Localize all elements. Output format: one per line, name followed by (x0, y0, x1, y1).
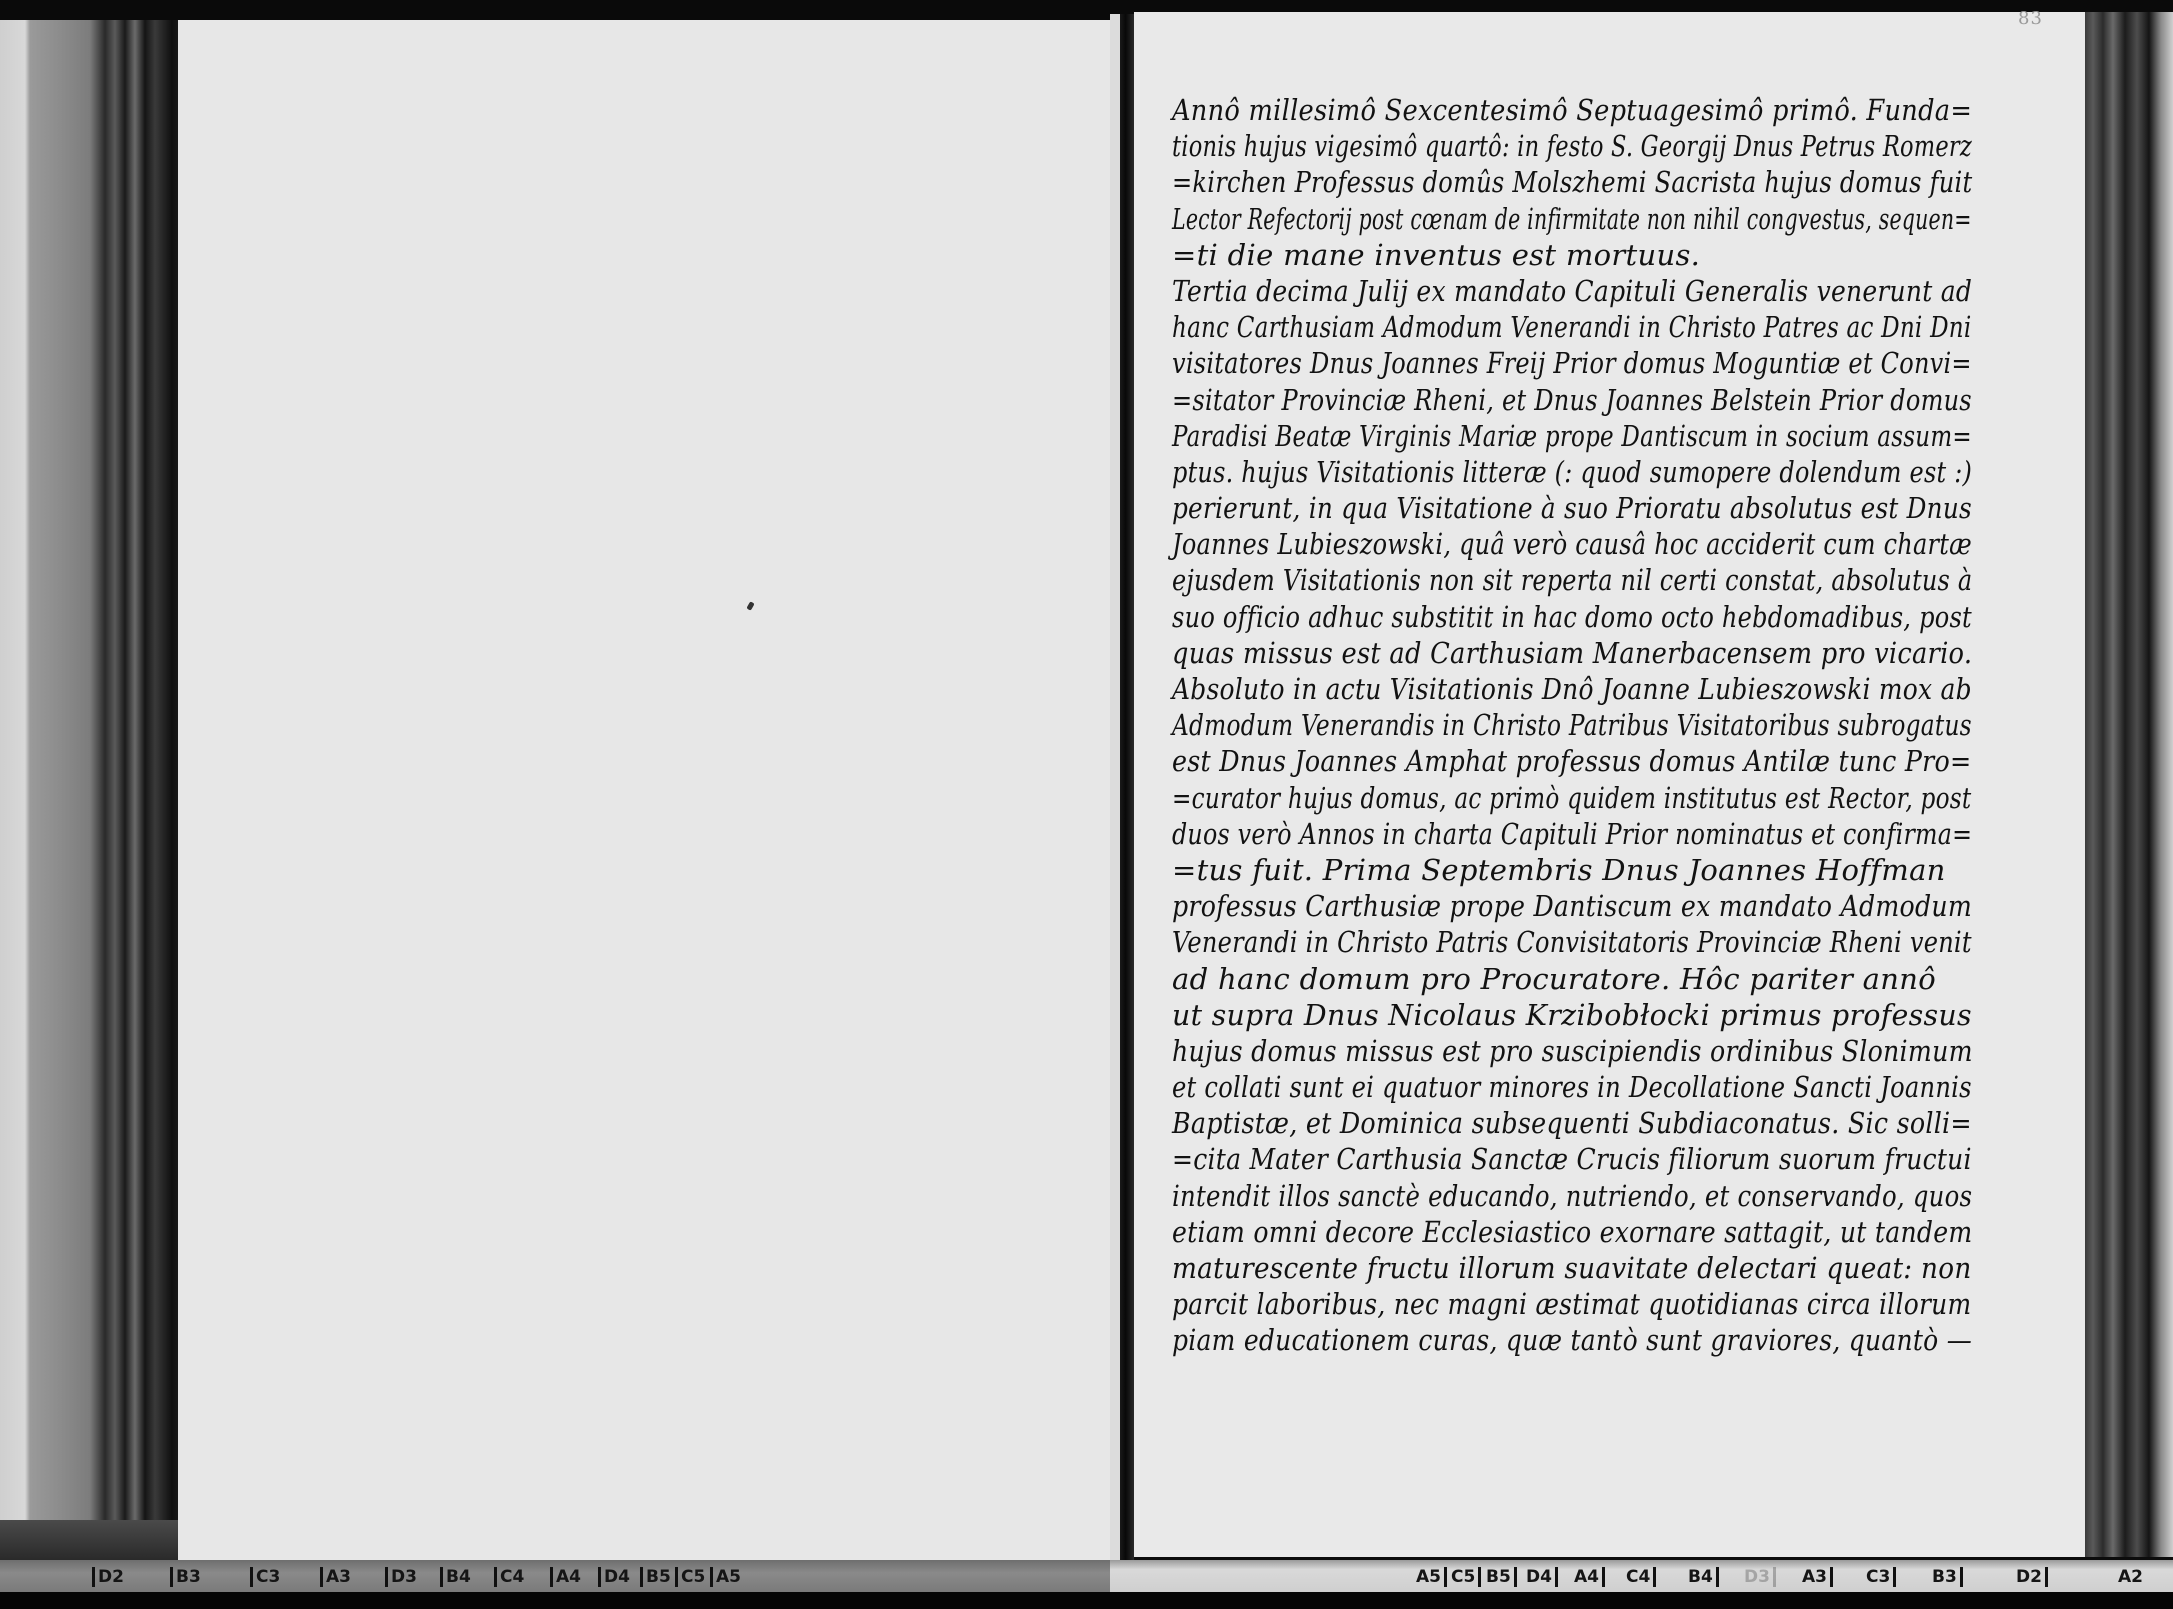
manuscript-text: Annô millesimô Sexcentesimô Septuagesimô… (1172, 92, 1972, 1359)
film-strip-label-text: B3 (1932, 1567, 1957, 1587)
film-strip-label-text: B3 (176, 1567, 201, 1587)
film-strip-tick (598, 1567, 601, 1587)
manuscript-line: perierunt, in qua Visitatione à suo Prio… (1172, 490, 1853, 526)
manuscript-line: hanc Carthusiam Admodum Venerandi in Chr… (1172, 309, 1807, 345)
right-book-edge (2085, 12, 2173, 1557)
manuscript-line: et collati sunt ei quatuor minores in De… (1172, 1069, 1838, 1105)
film-strip-label-text: C4 (500, 1567, 524, 1587)
manuscript-line: Admodum Venerandis in Christo Patribus V… (1172, 707, 1814, 743)
film-strip-label: A5 (1416, 1566, 1447, 1588)
film-strip-label: C3 (1866, 1566, 1896, 1588)
film-strip-label: C4 (1626, 1566, 1656, 1588)
film-strip-label-text: C3 (1866, 1567, 1890, 1587)
manuscript-line: =sitator Provinciæ Rheni, et Dnus Joanne… (1172, 382, 1834, 418)
film-strip-label-text: D3 (1744, 1567, 1770, 1587)
film-strip-label-text: B5 (1486, 1567, 1511, 1587)
manuscript-line: ptus. hujus Visitationis litteræ (: quod… (1172, 454, 1832, 490)
film-strip-tick (1773, 1567, 1776, 1587)
manuscript-line: Venerandi in Christo Patris Convisitator… (1172, 924, 1835, 960)
manuscript-line: Lector Refectorij post cœnam de infirmit… (1172, 201, 1738, 237)
film-strip-label-text: A3 (326, 1567, 351, 1587)
manuscript-line: piam educationem curas, quæ tantò sunt g… (1172, 1322, 1862, 1358)
manuscript-line: etiam omni decore Ecclesiastico exornare… (1172, 1214, 1865, 1250)
film-strip-label-text: A2 (2118, 1567, 2143, 1587)
film-strip-tick (92, 1567, 95, 1587)
film-strip-label: A2 (2118, 1566, 2143, 1588)
film-strip-tick (1602, 1567, 1605, 1587)
manuscript-line: ad hanc domum pro Procuratore. Hôc parit… (1172, 961, 1972, 997)
film-strip-tick (1555, 1567, 1558, 1587)
manuscript-line: quas missus est ad Carthusiam Manerbacen… (1172, 635, 1880, 671)
film-strip-label-text: C3 (256, 1567, 280, 1587)
film-strip-label: B5 (640, 1566, 671, 1588)
film-strip-tick (440, 1567, 443, 1587)
film-strip-tick (250, 1567, 253, 1587)
film-strip-tick (1893, 1567, 1896, 1587)
manuscript-line: parcit laboribus, nec magni æstimat quot… (1172, 1286, 1860, 1322)
film-strip-tick (1830, 1567, 1833, 1587)
manuscript-line: duos verò Annos in charta Capituli Prior… (1172, 816, 1826, 852)
film-strip-label-text: A5 (716, 1567, 741, 1587)
manuscript-line: Tertia decima Julij ex mandato Capituli … (1172, 273, 1861, 309)
manuscript-line: =ti die mane inventus est mortuus. (1172, 237, 1972, 273)
film-strip-label: D3 (1744, 1566, 1776, 1588)
film-strip-tick (320, 1567, 323, 1587)
manuscript-line: Joannes Lubieszowski, quâ verò causâ hoc… (1172, 526, 1834, 562)
manuscript-line: intendit illos sanctè educando, nutriend… (1172, 1178, 1843, 1214)
manuscript-line: ejusdem Visitationis non sit reperta nil… (1172, 562, 1831, 598)
film-strip-label: C3 (250, 1566, 280, 1588)
film-strip-tick (1960, 1567, 1963, 1587)
film-strip-label-text: D2 (2016, 1567, 2042, 1587)
manuscript-line: Annô millesimô Sexcentesimô Septuagesimô… (1172, 92, 1880, 128)
film-strip-tick (385, 1567, 388, 1587)
film-strip-label-text: C5 (1451, 1567, 1475, 1587)
film-strip-label: C5 (675, 1566, 705, 1588)
film-strip-tick (1716, 1567, 1719, 1587)
film-strip-label: D4 (1526, 1566, 1558, 1588)
film-strip-label: A3 (320, 1566, 351, 1588)
film-strip-tick (675, 1567, 678, 1587)
film-strip-label-text: B5 (646, 1567, 671, 1587)
manuscript-line: =tus fuit. Prima Septembris Dnus Joannes… (1172, 852, 1972, 888)
film-strip-label: D3 (385, 1566, 417, 1588)
manuscript-line: =curator hujus domus, ac primò quidem in… (1172, 780, 1810, 816)
book-gutter (1120, 14, 1134, 1569)
film-strip-label: D2 (2016, 1566, 2048, 1588)
manuscript-line: professus Carthusiæ prope Dantiscum ex m… (1172, 888, 1867, 924)
film-strip-label-text: A5 (1416, 1567, 1441, 1587)
film-strip-label: C4 (494, 1566, 524, 1588)
manuscript-line: hujus domus missus est pro suscipiendis … (1172, 1033, 1868, 1069)
film-strip-tick (494, 1567, 497, 1587)
gutter-margin (1110, 14, 1120, 1569)
film-strip-label-text: D3 (391, 1567, 417, 1587)
film-strip-label: A4 (550, 1566, 581, 1588)
film-strip-tick (640, 1567, 643, 1587)
film-strip-label: B3 (1932, 1566, 1963, 1588)
film-strip-label: B5 (1486, 1566, 1517, 1588)
microfilm-scan: 83 Annô millesimô Sexcentesimô Septuages… (0, 0, 2173, 1609)
manuscript-line: visitatores Dnus Joannes Freij Prior dom… (1172, 345, 1834, 381)
manuscript-line: Paradisi Beatæ Virginis Mariæ prope Dant… (1172, 418, 1806, 454)
film-strip-label-text: C5 (681, 1567, 705, 1587)
film-strip-label-text: D4 (604, 1567, 630, 1587)
film-strip-tick (2045, 1567, 2048, 1587)
manuscript-line: tionis hujus vigesimô quartô: in festo S… (1172, 128, 1793, 164)
film-strip-label: B3 (170, 1566, 201, 1588)
manuscript-line: est Dnus Joannes Amphat professus domus … (1172, 743, 1870, 779)
film-strip-label: D4 (598, 1566, 630, 1588)
film-strip-label-text: A3 (1802, 1567, 1827, 1587)
film-strip-tick (550, 1567, 553, 1587)
film-strip-label-text: B4 (446, 1567, 471, 1587)
film-strip-bottom-border (0, 1592, 2173, 1609)
manuscript-line: Absoluto in actu Visitationis Dnô Joanne… (1172, 671, 1859, 707)
manuscript-line: maturescente fructu illorum suavitate de… (1172, 1250, 1897, 1286)
film-strip-tick (1514, 1567, 1517, 1587)
film-strip-label: A3 (1802, 1566, 1833, 1588)
film-strip-label: A5 (710, 1566, 741, 1588)
film-strip-tick (1653, 1567, 1656, 1587)
film-strip-tick (1444, 1567, 1447, 1587)
left-book-edge (0, 20, 180, 1530)
film-strip-label-text: D2 (98, 1567, 124, 1587)
film-strip-label-text: B4 (1688, 1567, 1713, 1587)
film-strip-tick (1478, 1567, 1481, 1587)
film-strip-label-text: A4 (556, 1567, 581, 1587)
film-strip-label: B4 (1688, 1566, 1719, 1588)
film-strip-tick (170, 1567, 173, 1587)
manuscript-line: =kirchen Professus domûs Molszhemi Sacri… (1172, 164, 1836, 200)
manuscript-line: =cita Mater Carthusia Sanctæ Crucis fili… (1172, 1141, 1862, 1177)
film-strip-label: C5 (1451, 1566, 1481, 1588)
film-strip-label: A4 (1574, 1566, 1605, 1588)
film-strip-label-text: C4 (1626, 1567, 1650, 1587)
page-number: 83 (2018, 8, 2043, 29)
film-strip-label-text: A4 (1574, 1567, 1599, 1587)
film-strip-label: B4 (440, 1566, 471, 1588)
manuscript-line: suo officio adhuc substitit in hac domo … (1172, 599, 1835, 635)
manuscript-line: ut supra Dnus Nicolaus Krzibobłocki prim… (1172, 997, 1955, 1033)
film-strip-label: D2 (92, 1566, 124, 1588)
left-page-blank (178, 20, 1110, 1565)
film-strip-tick (710, 1567, 713, 1587)
film-strip-label-text: D4 (1526, 1567, 1552, 1587)
manuscript-line: Baptistæ, et Dominica subsequenti Subdia… (1172, 1105, 1870, 1141)
